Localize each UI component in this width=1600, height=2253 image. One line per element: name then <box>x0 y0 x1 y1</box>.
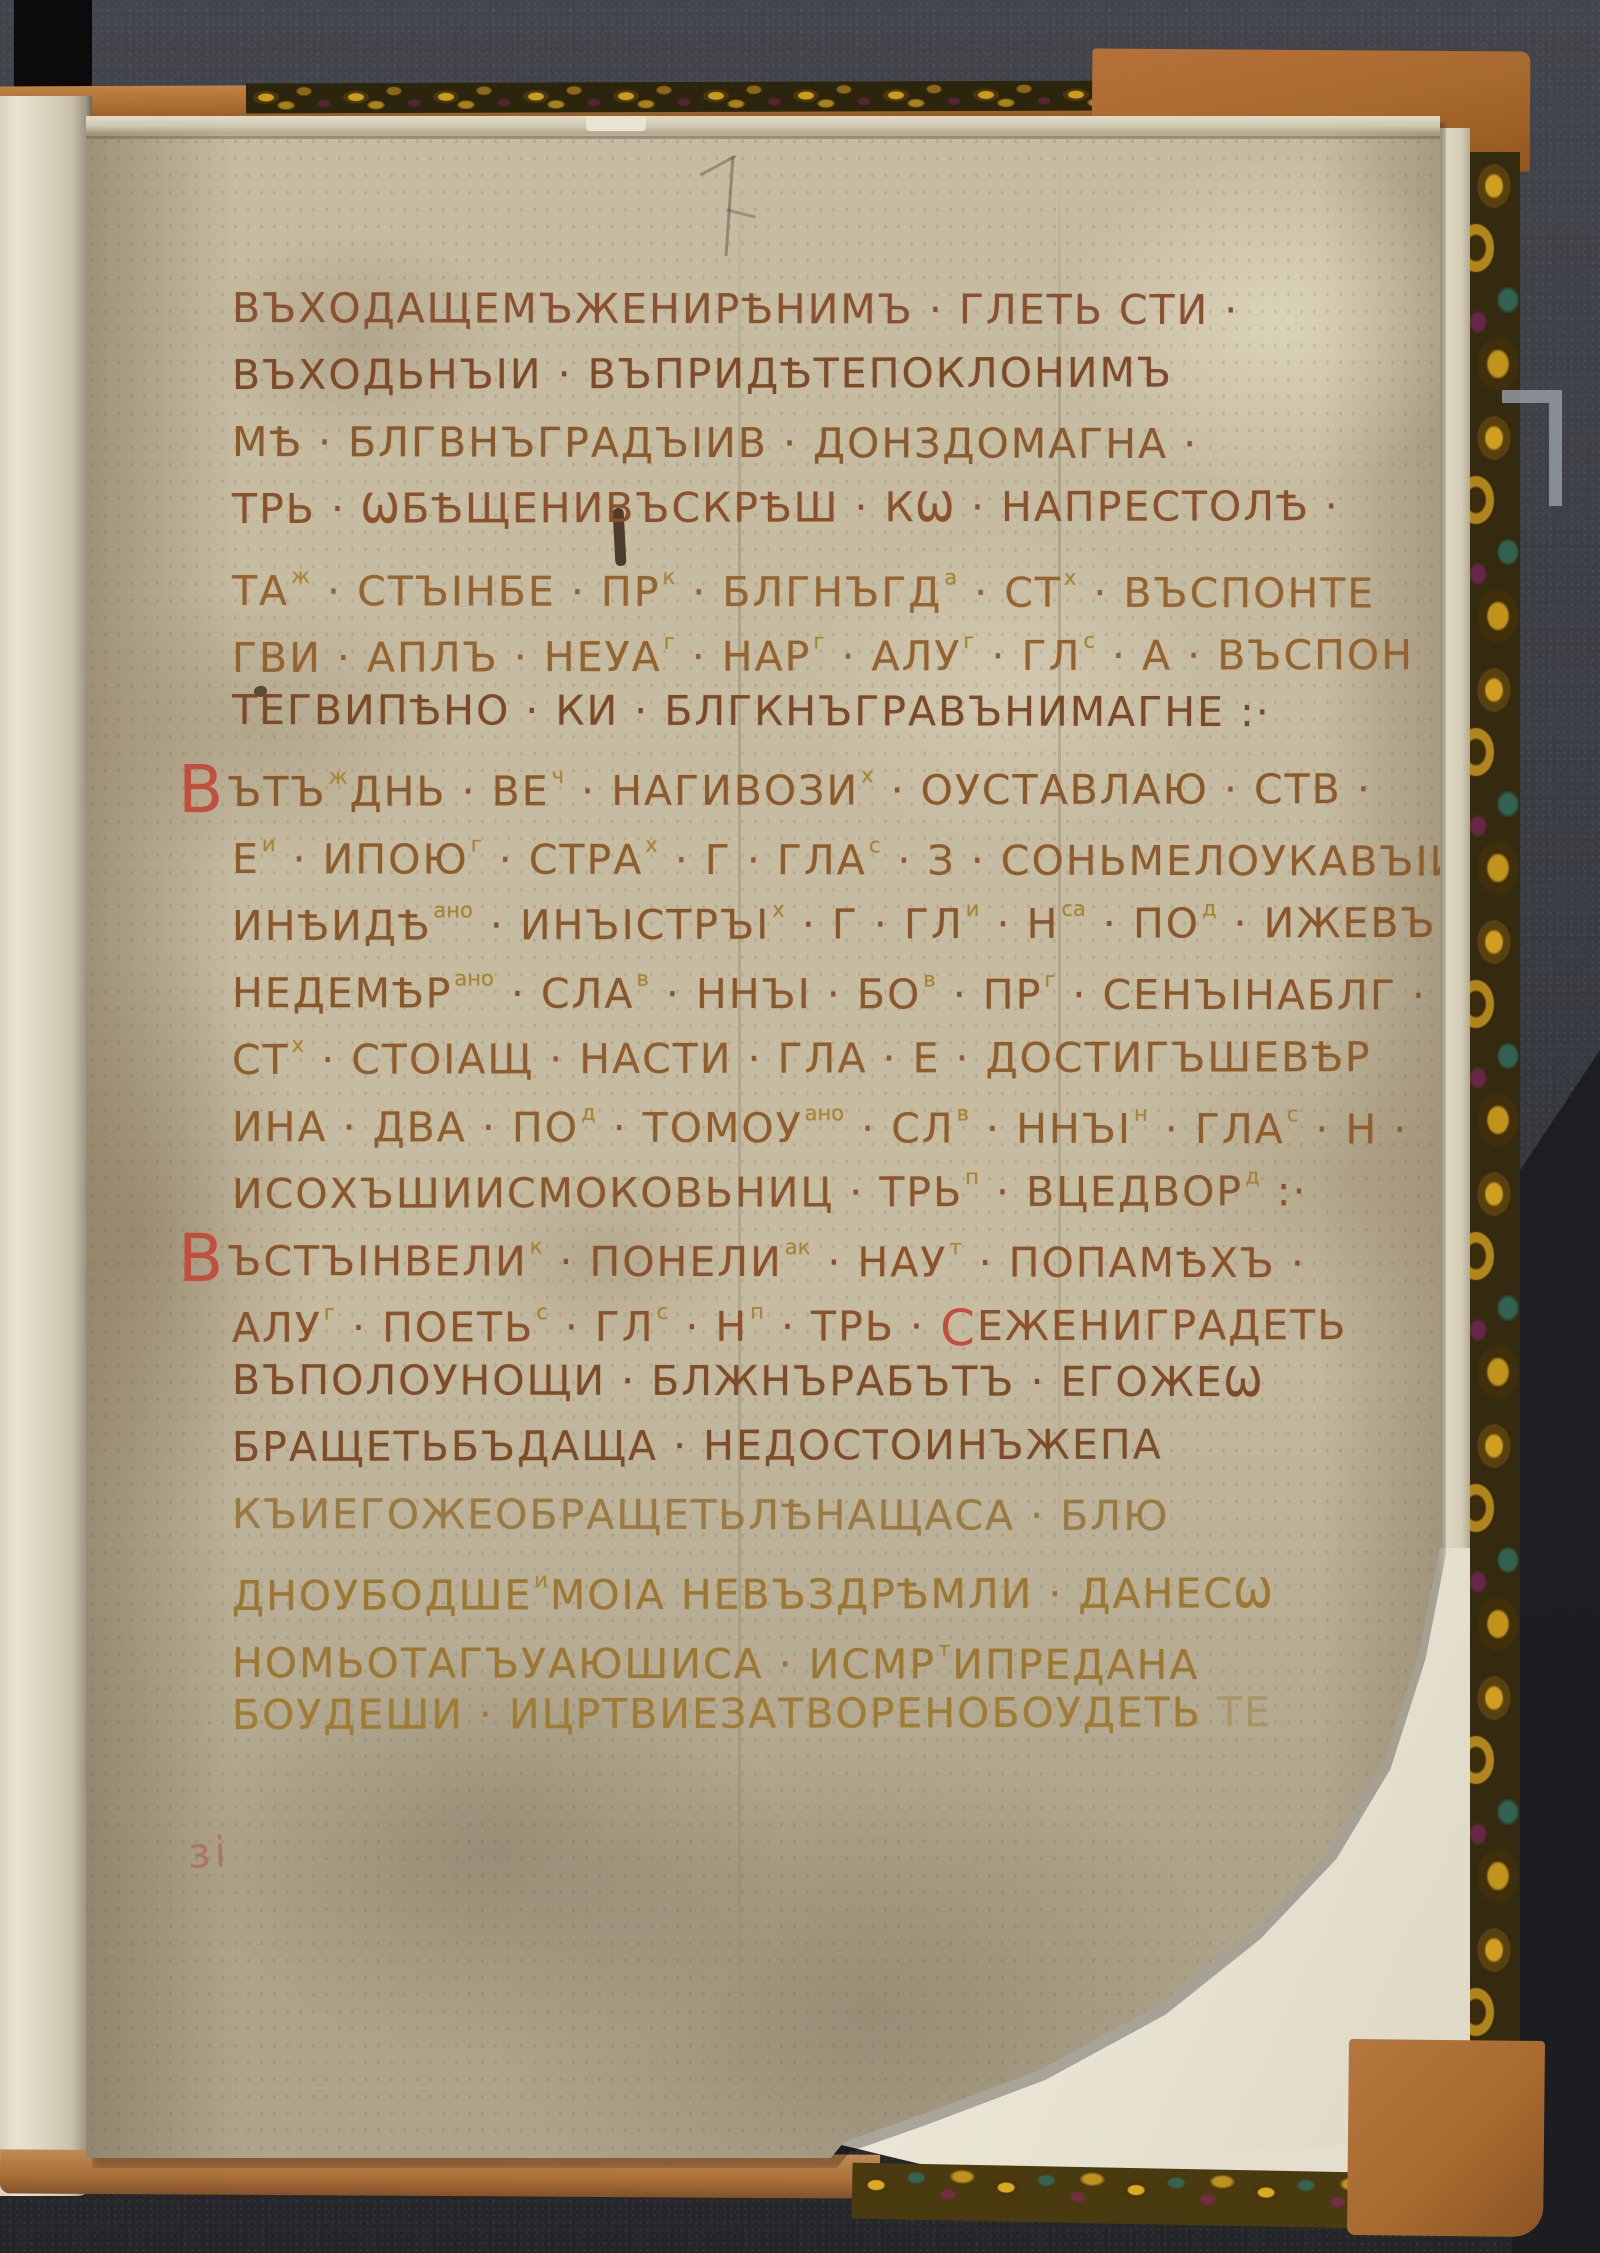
text-segment: ТЕ <box>1202 1688 1272 1736</box>
text-segment: · ПОНЕЛИ <box>544 1238 783 1286</box>
text-segment: · ТОМОУ <box>598 1104 803 1152</box>
text-segment: · ИПОЮ <box>277 835 468 883</box>
bottom-right-cover-corner <box>1347 2039 1545 2237</box>
text-segment: ИНѢИДѢ <box>232 901 432 950</box>
superscript-letter: ж <box>291 564 310 588</box>
text-segment: · ПОЕТЬ <box>337 1303 534 1352</box>
superscript-letter: с <box>869 833 881 857</box>
text-segment: · СЛА <box>496 970 635 1018</box>
text-segment: · БЛГНЪГД <box>677 568 942 617</box>
superscript-letter: н <box>1134 1102 1148 1126</box>
text-segment: ИСОХЪШИИСМОКОВЬНИЦ · ТРЬ <box>232 1168 963 1218</box>
text-segment: · НАУ <box>812 1238 947 1286</box>
text-segment: БРАЩЕТЬБЪДАЩА · НЕДОСТОИНЪЖЕПА <box>232 1421 1163 1471</box>
text-segment: · ПО <box>1088 899 1200 947</box>
superscript-letter: с <box>657 1300 669 1324</box>
text-segment: · СЕНЪІНАБЛГ · <box>1057 971 1427 1020</box>
text-segment: МОІА НЕВЪЗДРѢМЛИ · ДАНЕСѠ <box>550 1569 1274 1619</box>
superscript-letter: к <box>663 565 676 589</box>
superscript-letter: и <box>534 1568 548 1592</box>
superscript-letter: г <box>813 629 824 653</box>
manuscript-text-line: СТх · СТОІАЩ · НАСТИ · ГЛА · Е · ДОСТИГЪ… <box>232 1016 1372 1086</box>
text-segment: МѢ · БЛГВНЪГРАДЪІИВ · ДОНЗДОМАГНА · <box>232 418 1198 468</box>
text-segment: · ННЪІ · БО <box>651 970 922 1019</box>
text-segment: · ГЛА <box>1150 1105 1285 1153</box>
superscript-letter: с <box>1083 629 1095 653</box>
text-segment: · ГЛ <box>976 632 1081 680</box>
text-segment: · Г · ГЛА <box>660 836 867 884</box>
superscript-letter: д <box>1245 1164 1260 1188</box>
superscript-letter: и <box>262 832 276 856</box>
text-segment: · ПОПАМѢХЪ · <box>964 1239 1306 1288</box>
text-segment: НЕДЕМѢР <box>232 969 452 1017</box>
text-segment: · ННЪІ <box>971 1105 1132 1153</box>
superscript-letter: х <box>645 833 657 857</box>
text-segment: · ГЛ <box>550 1303 655 1351</box>
manuscript-text-line: ВЪТЪжДНЬ · ВЕч · НАГИВОЗИх · ОУСТАВЛАЮ ·… <box>232 748 1372 818</box>
text-segment: ГВИ · АПЛЪ · НЕУА <box>232 633 662 682</box>
superscript-letter: с <box>1287 1102 1299 1126</box>
text-segment: ТЕГВИПѢНО · КИ · БЛГКНЪГРАВЪНИМАГНЕ :· <box>232 686 1271 736</box>
text-segment: · ТРЬ · <box>766 1302 940 1350</box>
manuscript-text-line: Еи · ИПОЮг · СТРАх · Г · ГЛАс · З · СОНЬ… <box>232 818 1462 888</box>
manuscript-text-line: ТАж · СТЪІНБЕ · ПРк · БЛГНЪГДа · СТх · В… <box>232 550 1375 619</box>
text-segment: · ИНЪІСТРЪІ <box>475 901 771 950</box>
superscript-letter: са <box>1061 897 1085 921</box>
text-segment: · Н <box>981 900 1059 948</box>
manuscript-text-line: НЕДЕМѢРано · СЛАв · ННЪІ · БОв · ПРг · С… <box>232 952 1427 1022</box>
text-segment: · НАР <box>677 632 812 680</box>
superscript-letter: г <box>1044 968 1055 992</box>
text-segment: · СТ <box>959 569 1062 617</box>
text-segment: ИПРЕДАНА <box>952 1641 1199 1690</box>
superscript-letter: д <box>581 1101 596 1125</box>
text-segment: ДНОУБОДШЕ <box>232 1571 532 1620</box>
manuscript-text-line: ИНѢИДѢано · ИНЪІСТРЪІх · Г · ГЛи · Нса ·… <box>232 882 1437 952</box>
text-segment: · ОУСТАВЛАЮ · СТВ · <box>875 765 1371 814</box>
superscript-letter: т <box>949 1236 961 1260</box>
superscript-letter: ж <box>329 765 348 789</box>
superscript-letter: в <box>636 967 648 991</box>
text-segment: ЪСТЪІНВЕЛИ <box>227 1237 528 1286</box>
manuscript-text-line: КЪИЕГОЖЕОБРАЩЕТЬЛѢНАЩАСА · БЛЮ <box>232 1488 1170 1542</box>
top-marbled-board-edge <box>246 80 1126 113</box>
manuscript-text-block: ВЪХОДАЩЕМЪЖЕНИРѢНИМЪ · ГЛЕТЬ СТИ ·ВЪХОДЬ… <box>232 116 1392 2158</box>
superscript-letter: а <box>944 565 957 589</box>
text-segment: ТА <box>232 567 289 615</box>
text-segment: ТРЬ · ѠБѢЩЕНИВЪСКРѢШ · КѠ · НАПРЕСТОЛѢ · <box>232 482 1340 533</box>
manuscript-text-line: ТРЬ · ѠБѢЩЕНИВЪСКРѢШ · КѠ · НАПРЕСТОЛѢ · <box>232 480 1340 535</box>
text-segment: ЪТЪ <box>227 768 326 816</box>
text-segment: · АЛУ <box>826 632 961 680</box>
left-flyleaf-page <box>0 96 92 2196</box>
text-segment: · Н <box>670 1303 748 1351</box>
superscript-letter: г <box>664 630 675 654</box>
manuscript-text-line: ТЕГВИПѢНО · КИ · БЛГКНЪГРАВЪНИМАГНЕ :· <box>232 684 1271 738</box>
manuscript-text-line: МѢ · БЛГВНЪГРАДЪІИВ · ДОНЗДОМАГНА · <box>232 416 1198 470</box>
text-segment: · А · ВЪСПОН <box>1097 631 1414 680</box>
superscript-letter: ак <box>785 1235 811 1259</box>
superscript-letter: г <box>471 833 482 857</box>
text-segment: · З · СОНЬМЕЛОУКАВЪІИ <box>882 836 1462 885</box>
manuscript-text-line: ИНА · ДВА · ПОд · ТОМОУано · СЛв · ННЪІн… <box>232 1086 1408 1155</box>
quire-signature: зі <box>187 1827 231 1877</box>
manuscript-text-line: БОУДЕШИ · ИЦРТВИЕЗАТВОРЕНОБОУДЕТЬ ТЕ <box>232 1686 1272 1741</box>
text-segment: ВЪХОДАЩЕМЪЖЕНИРѢНИМЪ · ГЛЕТЬ СТИ · <box>232 284 1239 334</box>
dark-object-top-left <box>14 0 92 100</box>
superscript-letter: и <box>966 897 980 921</box>
gray-corner-bracket-icon <box>1502 390 1562 506</box>
text-segment: ДНЬ · ВЕ <box>349 767 549 816</box>
superscript-letter: ч <box>552 764 564 788</box>
manuscript-text-line: ВЪХОДАЩЕМЪЖЕНИРѢНИМЪ · ГЛЕТЬ СТИ · <box>232 282 1239 336</box>
superscript-letter: п <box>965 1165 979 1189</box>
text-segment: БОУДЕШИ · ИЦРТВИЕЗАТВОРЕНОБОУДЕТЬ <box>232 1688 1202 1739</box>
text-segment: · СТЪІНБЕ · ПР <box>312 567 661 616</box>
bottom-marbled-board-edge <box>852 2163 1413 2230</box>
manuscript-text-line: ИСОХЪШИИСМОКОВЬНИЦ · ТРЬп · ВЦЕДВОРд :· <box>232 1150 1308 1220</box>
superscript-letter: г <box>324 1301 335 1325</box>
text-segment: · НАГИВОЗИ <box>566 766 859 815</box>
superscript-letter: в <box>957 1102 969 1126</box>
manuscript-text-line: ГВИ · АПЛЪ · НЕУАг · НАРг · АЛУг · ГЛс ·… <box>232 614 1414 684</box>
text-segment: Е <box>232 835 260 883</box>
manuscript-text-line: БРАЩЕТЬБЪДАЩА · НЕДОСТОИНЪЖЕПА <box>232 1419 1163 1473</box>
manuscript-text-line: ДНОУБОДШЕиМОІА НЕВЪЗДРѢМЛИ · ДАНЕСѠ <box>232 1552 1274 1622</box>
text-segment: ВЪПОЛОУНОЩИ · БЛЖНЪРАБЪТЪ · ЕГОЖЕѠ <box>232 1356 1264 1406</box>
manuscript-text-line: ВЪПОЛОУНОЩИ · БЛЖНЪРАБЪТЪ · ЕГОЖЕѠ <box>232 1354 1264 1408</box>
text-segment: :· <box>1262 1167 1308 1215</box>
superscript-letter: х <box>1064 566 1076 590</box>
superscript-letter: с <box>536 1300 548 1324</box>
text-segment: · ВЪСПОНТЕ <box>1078 569 1375 618</box>
rubric-capital: С <box>940 1299 977 1357</box>
text-segment: НОМЬОТАГЪУАЮШИСА · ИСМР <box>232 1639 936 1688</box>
text-segment: · СТОІАЩ · НАСТИ · ГЛА · Е · ДОСТИГЪШЕВѢ… <box>306 1033 1372 1084</box>
manuscript-photo: ВЪХОДАЩЕМЪЖЕНИРѢНИМЪ · ГЛЕТЬ СТИ ·ВЪХОДЬ… <box>0 0 1600 2253</box>
manuscript-text-line: ВЪСТЪІНВЕЛИк · ПОНЕЛИак · НАУт · ПОПАМѢХ… <box>232 1220 1306 1289</box>
text-segment: АЛУ <box>232 1304 322 1352</box>
superscript-letter: х <box>772 898 785 922</box>
text-segment: · Г · ГЛ <box>787 900 964 948</box>
text-segment: ЕЖЕНИГРАДЕТЬ <box>977 1301 1347 1350</box>
text-segment: · Н · <box>1300 1105 1408 1153</box>
superscript-letter: ано <box>433 898 473 922</box>
superscript-letter: г <box>963 629 974 653</box>
superscript-letter: х <box>292 1033 305 1057</box>
text-segment: ИНА · ДВА · ПО <box>232 1103 579 1152</box>
manuscript-text-line: ВЪХОДЬНЪІИ · ВЪПРИДѢТЕПОКЛОНИМЪ <box>232 347 1173 401</box>
text-segment: · СЛ <box>846 1104 955 1152</box>
manuscript-text-line: НОМЬОТАГЪУАЮШИСА · ИСМРтИПРЕДАНА <box>232 1622 1200 1691</box>
text-segment: ВЪХОДЬНЪІИ · ВЪПРИДѢТЕПОКЛОНИМЪ <box>232 349 1173 399</box>
text-segment: СТ <box>232 1036 290 1084</box>
superscript-letter: п <box>750 1300 764 1324</box>
superscript-letter: д <box>1202 896 1217 920</box>
superscript-letter: в <box>923 967 935 991</box>
text-segment: КЪИЕГОЖЕОБРАЩЕТЬЛѢНАЩАСА · БЛЮ <box>232 1490 1170 1540</box>
superscript-letter: ано <box>454 966 494 990</box>
superscript-letter: к <box>530 1235 543 1259</box>
superscript-letter: т <box>938 1637 950 1661</box>
manuscript-text-line: АЛУг · ПОЕТЬс · ГЛс · Нп · ТРЬ · СЕЖЕНИГ… <box>232 1284 1347 1354</box>
superscript-letter: х <box>861 763 874 787</box>
parchment-page: ВЪХОДАЩЕМЪЖЕНИРѢНИМЪ · ГЛЕТЬ СТИ ·ВЪХОДЬ… <box>86 116 1440 2158</box>
text-segment: · ВЦЕДВОР <box>981 1167 1243 1216</box>
text-segment: · ИЖЕВЪ <box>1218 899 1436 948</box>
text-segment: · СТРА <box>484 836 644 884</box>
superscript-letter: ано <box>805 1101 845 1125</box>
text-segment: · ПР <box>938 970 1043 1018</box>
